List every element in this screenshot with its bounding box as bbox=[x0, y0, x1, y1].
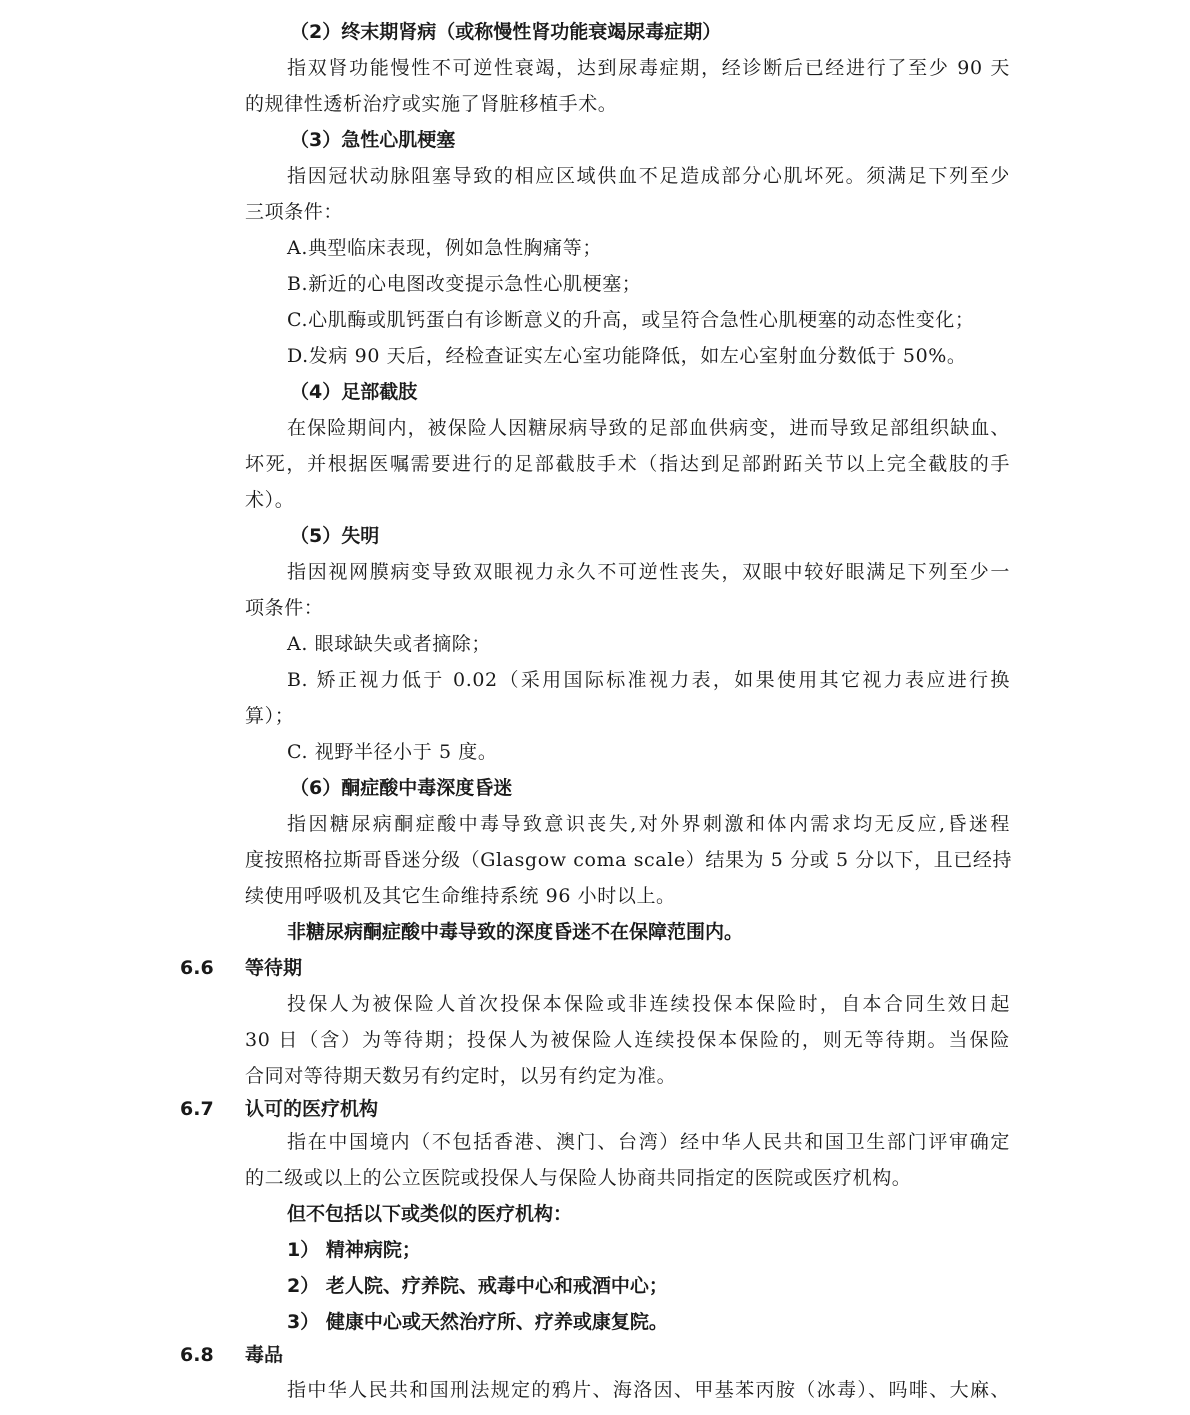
exclusion-item: 3） 健康中心或天然治疗所、疗养或康复院。 bbox=[287, 1310, 668, 1334]
section-number: 6.6 bbox=[180, 956, 214, 980]
list-item: B. 矫正视力低于 0.02（采用国际标准视力表，如果使用其它视力表应进行换 bbox=[287, 668, 1010, 692]
paragraph-line: 30 日（含）为等待期；投保人为被保险人连续投保本保险的，则无等待期。当保险 bbox=[245, 1028, 1010, 1052]
paragraph-line: 指中华人民共和国刑法规定的鸦片、海洛因、甲基苯丙胺（冰毒）、吗啡、大麻、 bbox=[287, 1378, 1010, 1402]
subheading-amputation: （4）足部截肢 bbox=[290, 380, 417, 404]
paragraph-line: 指在中国境内（不包括香港、澳门、台湾）经中华人民共和国卫生部门评审确定 bbox=[287, 1130, 1010, 1154]
section-number: 6.8 bbox=[180, 1343, 214, 1367]
paragraph-line: 三项条件： bbox=[245, 200, 343, 224]
paragraph-line: 续使用呼吸机及其它生命维持系统 96 小时以上。 bbox=[245, 884, 676, 908]
paragraph-line: 指因视网膜病变导致双眼视力永久不可逆性丧失，双眼中较好眼满足下列至少一 bbox=[287, 560, 1010, 584]
paragraph-line: 坏死，并根据医嘱需要进行的足部截肢手术（指达到足部跗跖关节以上完全截肢的手 bbox=[245, 452, 1010, 476]
section-title-drugs: 毒品 bbox=[245, 1343, 283, 1367]
paragraph-line: 在保险期间内，被保险人因糖尿病导致的足部血供病变，进而导致足部组织缺血、 bbox=[287, 416, 1010, 440]
paragraph-line: 的规律性透析治疗或实施了肾脏移植手术。 bbox=[245, 92, 617, 116]
exclusion-heading: 但不包括以下或类似的医疗机构： bbox=[287, 1202, 572, 1226]
subheading-esrd: （2）终末期肾病（或称慢性肾功能衰竭尿毒症期） bbox=[290, 20, 721, 44]
list-item: A.典型临床表现，例如急性胸痛等； bbox=[287, 236, 602, 260]
paragraph-line: 项条件： bbox=[245, 596, 323, 620]
section-title-medical-institution: 认可的医疗机构 bbox=[245, 1097, 378, 1121]
paragraph-line: 度按照格拉斯哥昏迷分级（Glasgow coma scale）结果为 5 分或 … bbox=[245, 848, 1010, 872]
list-item: C. 视野半径小于 5 度。 bbox=[287, 740, 498, 764]
list-item: 算）； bbox=[245, 704, 294, 728]
list-item: C.心肌酶或肌钙蛋白有诊断意义的升高，或呈符合急性心肌梗塞的动态性变化； bbox=[287, 308, 975, 332]
paragraph-line: 的二级或以上的公立医院或投保人与保险人协商共同指定的医院或医疗机构。 bbox=[245, 1166, 911, 1190]
section-title-waiting-period: 等待期 bbox=[245, 956, 302, 980]
section-number: 6.7 bbox=[180, 1097, 214, 1121]
list-item: B.新近的心电图改变提示急性心肌梗塞； bbox=[287, 272, 641, 296]
paragraph-line: 指因糖尿病酮症酸中毒导致意识丧失,对外界刺激和体内需求均无反应,昏迷程 bbox=[287, 812, 1010, 836]
exclusion-item: 2） 老人院、疗养院、戒毒中心和戒酒中心； bbox=[287, 1274, 668, 1298]
paragraph-line: 术）。 bbox=[245, 488, 294, 512]
subheading-dka-coma: （6）酮症酸中毒深度昏迷 bbox=[290, 776, 512, 800]
list-item: D.发病 90 天后，经检查证实左心室功能降低，如左心室射血分数低于 50%。 bbox=[287, 344, 967, 368]
list-item: A. 眼球缺失或者摘除； bbox=[287, 632, 491, 656]
subheading-blindness: （5）失明 bbox=[290, 524, 379, 548]
paragraph-line: 指因冠状动脉阻塞导致的相应区域供血不足造成部分心肌坏死。须满足下列至少 bbox=[287, 164, 1010, 188]
subheading-mi: （3）急性心肌梗塞 bbox=[290, 128, 455, 152]
paragraph-line: 合同对等待期天数另有约定时，以另有约定为准。 bbox=[245, 1064, 676, 1088]
paragraph-line: 指双肾功能慢性不可逆性衰竭，达到尿毒症期，经诊断后已经进行了至少 90 天 bbox=[287, 56, 1010, 80]
exclusion-item: 1） 精神病院； bbox=[287, 1238, 421, 1262]
bold-note: 非糖尿病酮症酸中毒导致的深度昏迷不在保障范围内。 bbox=[287, 920, 743, 944]
paragraph-line: 投保人为被保险人首次投保本保险或非连续投保本保险时，自本合同生效日起 bbox=[287, 992, 1010, 1016]
